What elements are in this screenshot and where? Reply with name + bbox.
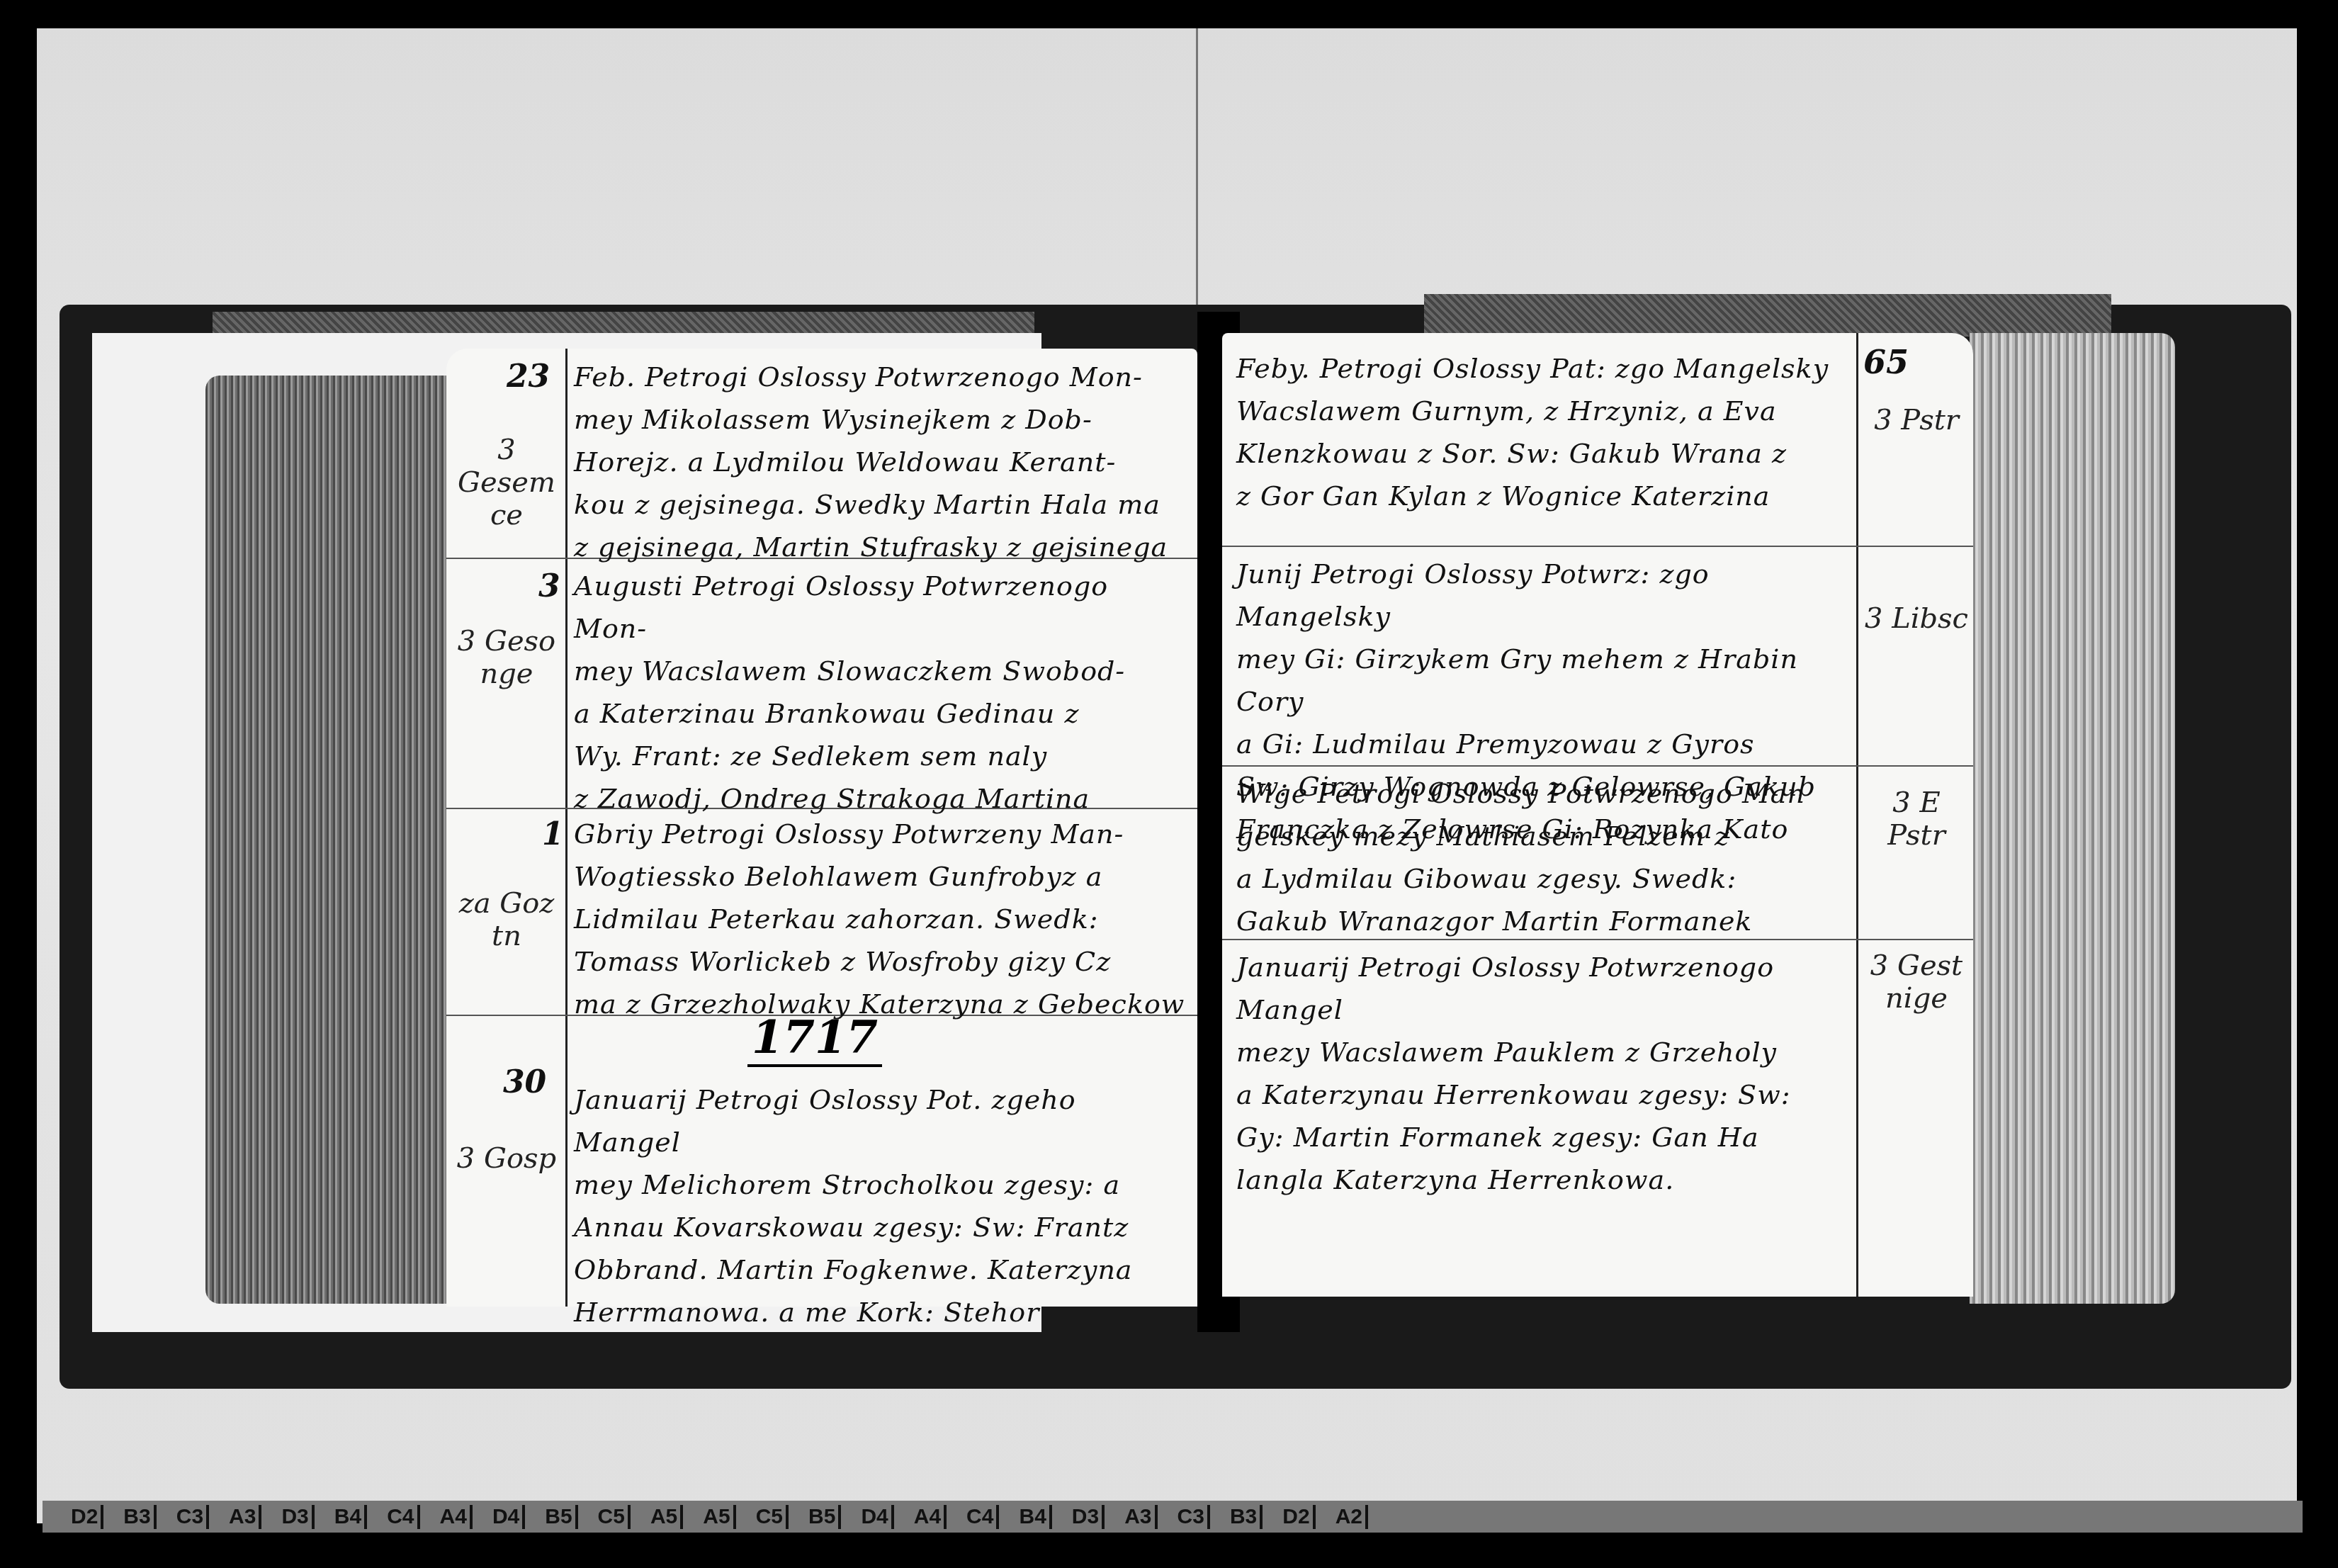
left-page: 23 3 Gesem ce Feb. Petrogi Oslossy Potwr… [446,349,1197,1307]
entry-day: 3 [538,568,560,604]
register-entry: Feby. Petrogi Oslossy Pat: zgo Mangelsky… [1236,347,1853,517]
register-entry: Januarij Petrogi Oslossy Pot. zgeho Mang… [574,1078,1190,1333]
register-entry: Wige Petrogi Oslossy Potwrzenogo Man gel… [1236,772,1853,942]
frame-label: A2 [1335,1505,1368,1529]
frame-label: D4 [861,1505,893,1529]
year-heading: 1717 [747,1011,882,1067]
frame-label: B5 [545,1505,577,1529]
entry-day: 23 [507,359,550,395]
margin-note: 3 E Pstr [1863,786,1970,852]
frame-label: C4 [966,1505,999,1529]
margin-note: 3 Libsc [1863,602,1970,635]
margin-note: 3 Gest nige [1863,949,1970,1015]
frame-label: C5 [756,1505,789,1529]
frame-label: A3 [1124,1505,1157,1529]
right-page: 65 Feby. Petrogi Oslossy Pat: zgo Mangel… [1222,333,1973,1297]
frame-label: A5 [703,1505,735,1529]
frame-label: B4 [1019,1505,1051,1529]
margin-note: 3 Gosp [453,1142,560,1175]
register-entry: Januarij Petrogi Oslossy Potwrzenogo Man… [1236,946,1853,1201]
binding-cloth-right [1424,294,2111,337]
frame-label: D3 [281,1505,314,1529]
margin-rule [1856,333,1858,1297]
microfilm-frame-strip: D2 B3 C3 A3 D3 B4 C4 A4 D4 B5 C5 A5 A5 C… [43,1501,2303,1533]
frame-label: B3 [1230,1505,1263,1529]
frame-label: C4 [387,1505,419,1529]
margin-note: 3 Pstr [1863,404,1970,436]
frame-label: B5 [808,1505,841,1529]
frame-label: B4 [334,1505,367,1529]
page-stack-left [205,376,446,1304]
margin-note: za Goz tn [453,887,560,952]
margin-note: 3 Gesem ce [453,434,560,531]
page-stack-right [1970,333,2175,1304]
entry-day: 1 [542,816,564,852]
entry-day: 30 [503,1064,546,1100]
entry-divider [1222,546,1973,547]
frame-label: D4 [492,1505,525,1529]
margin-note: 3 Geso nge [453,625,560,690]
frame-label: C5 [598,1505,631,1529]
frame-label: D3 [1072,1505,1105,1529]
frame-label: C3 [1178,1505,1210,1529]
frame-label: A5 [650,1505,683,1529]
frame-label: B3 [123,1505,156,1529]
frame-label: D2 [71,1505,103,1529]
register-entry: Feb. Petrogi Oslossy Potwrzenogo Mon- me… [574,356,1190,568]
frame-label: A4 [914,1505,947,1529]
frame-label: C3 [176,1505,209,1529]
register-entry: Augusti Petrogi Oslossy Potwrzenogo Mon-… [574,565,1190,820]
margin-rule [565,349,567,1307]
frame-label: A3 [229,1505,261,1529]
frame-label: D2 [1282,1505,1315,1529]
frame-label: A4 [440,1505,473,1529]
register-entry: Gbriy Petrogi Oslossy Potwrzeny Man- Wog… [574,813,1190,1025]
folio-number: 65 [1863,343,1909,381]
